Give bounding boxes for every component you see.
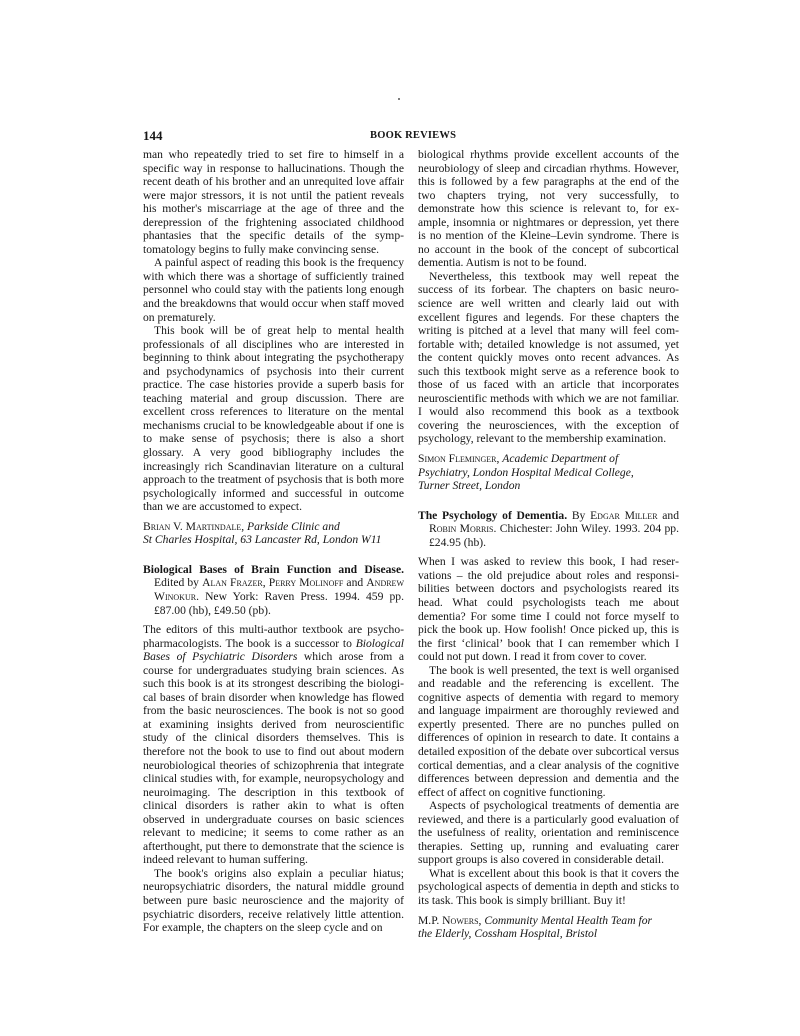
- paragraph: The book is well presented, the text is …: [418, 664, 679, 799]
- scan-speck: [398, 98, 400, 100]
- paragraph: What is excellent about this book is tha…: [418, 867, 679, 908]
- reviewer-affiliation: the Elderly, Cossham Hospital, Bristol: [418, 927, 597, 940]
- citation-text: and: [658, 509, 679, 522]
- book-author: Perry Molinoff: [269, 576, 344, 589]
- paragraph-text: which arose from a course for undergradu…: [143, 650, 404, 866]
- paragraph: man who repeatedly tried to set fire to …: [143, 148, 404, 256]
- left-column: man who repeatedly tried to set fire to …: [143, 148, 404, 935]
- citation-text: By: [572, 509, 586, 522]
- running-head: BOOK REVIEWS: [370, 130, 456, 141]
- reviewer-affiliation: Academic Department of: [502, 452, 618, 465]
- reviewer-signature: M.P. Nowers, Community Mental Health Tea…: [418, 914, 679, 941]
- citation-text: and: [343, 576, 366, 589]
- paragraph: This book will be of great help to menta…: [143, 324, 404, 514]
- page-number: 144: [143, 128, 163, 144]
- paragraph: The editors of this multi-author textboo…: [143, 623, 404, 867]
- book-title: Biological Bases of Brain Function and D…: [143, 563, 404, 576]
- book-citation: The Psychology of Dementia. By Edgar Mil…: [418, 509, 679, 550]
- book-author: Robin Morris: [429, 522, 494, 535]
- paragraph: Nevertheless, this textbook may well rep…: [418, 270, 679, 446]
- book-author: Edgar Miller: [590, 509, 657, 522]
- reviewer-name: Brian V. Martindale: [143, 520, 241, 533]
- reviewer-affiliation: Turner Street, London: [418, 479, 520, 492]
- reviewer-affiliation: Psychiatry, London Hospital Medical Coll…: [418, 466, 634, 479]
- citation-text: Edited by: [154, 576, 199, 589]
- right-column: biological rhythms provide excellent acc…: [418, 148, 679, 941]
- paragraph: When I was asked to review this book, I …: [418, 555, 679, 663]
- reviewer-name: M.P. Nowers: [418, 914, 479, 927]
- reviewer-affiliation: St Charles Hospital, 63 Lancaster Rd, Lo…: [143, 533, 381, 546]
- book-title: The Psychology of Dementia.: [418, 509, 567, 522]
- book-author: Alan Frazer: [202, 576, 263, 589]
- paragraph: The book's origins also explain a peculi…: [143, 867, 404, 935]
- book-citation: Biological Bases of Brain Function and D…: [143, 563, 404, 617]
- paragraph: biological rhythms provide excellent acc…: [418, 148, 679, 270]
- reviewer-signature: Simon Fleminger, Academic Department of …: [418, 452, 679, 493]
- reviewer-signature: Brian V. Martindale, Parkside Clinic and…: [143, 520, 404, 547]
- reviewer-affiliation: Parkside Clinic and: [247, 520, 340, 533]
- paragraph: Aspects of psychological treatments of d…: [418, 799, 679, 867]
- paragraph: A painful aspect of reading this book is…: [143, 256, 404, 324]
- reviewer-name: Simon Fleminger: [418, 452, 496, 465]
- reviewer-affiliation: Community Mental Health Team for: [484, 914, 652, 927]
